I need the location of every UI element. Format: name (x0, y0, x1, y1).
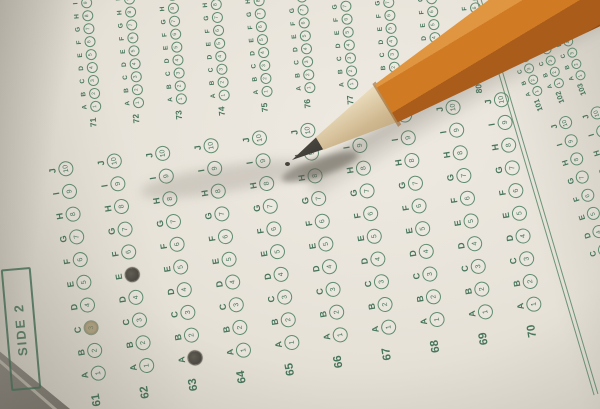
answer-bubble: 4 (129, 58, 141, 70)
answer-bubble: 6 (362, 205, 379, 222)
answer-letter: C (294, 59, 301, 67)
answer-bubble: 8 (569, 151, 585, 167)
answer-bubble: 7 (169, 15, 181, 27)
answer-bubble: 6 (580, 187, 596, 203)
answer-bubble: 4 (79, 296, 96, 313)
answer-bubble: 8 (500, 137, 517, 154)
answer-letter: A (129, 362, 139, 372)
answer-letter: B (415, 294, 425, 304)
answer-bubble: 1 (235, 342, 252, 359)
question-number: 102 (555, 90, 566, 104)
answer-letter: I (73, 0, 80, 7)
answer-letter: G (301, 195, 311, 205)
answer-bubble: 3 (302, 56, 314, 68)
answer-bubble: 4 (369, 250, 386, 267)
answer-letter: A (296, 85, 303, 93)
answer-bubble: 1 (133, 97, 145, 109)
answer-letter: B (464, 286, 474, 296)
answer-bubble: 8 (113, 198, 130, 215)
answer-letter: E (163, 44, 170, 52)
answer-bubble: 3 (276, 288, 293, 305)
answer-band-right-lower: J10I9H8G7F6E5D4C3J10I9H8G7F6E5D4C3J10I9H… (548, 92, 600, 263)
answer-bubble: 8 (253, 0, 265, 7)
answer-letter: E (308, 241, 318, 251)
answer-letter: D (69, 302, 79, 312)
answer-letter: H (117, 9, 124, 17)
question-number: 101 (533, 98, 544, 112)
answer-letter: C (412, 271, 422, 281)
answer-letter: C (315, 286, 325, 296)
answer-letter: G (494, 165, 504, 175)
answer-bubble: 3 (344, 52, 356, 64)
answer-bubble: 1 (477, 303, 494, 320)
answer-letter: D (263, 271, 273, 281)
answer-bubble: 4 (258, 47, 270, 59)
answer-cell: A1 (82, 99, 102, 114)
answer-letter: F (291, 20, 298, 28)
answer-bubble: 6 (384, 9, 396, 21)
answer-bubble: 7 (358, 182, 375, 199)
side-2-label: SIDE 2 (11, 302, 31, 356)
answer-bubble: 6 (410, 197, 427, 214)
answer-bubble: 5 (511, 205, 528, 222)
answer-letter: F (334, 16, 341, 24)
answer-letter: A (419, 316, 429, 326)
answer-letter: E (292, 33, 299, 41)
question-number: 65 (284, 362, 297, 376)
answer-bubble: 10 (154, 145, 171, 162)
answer-letter: F (205, 28, 212, 36)
answer-bubble: 5 (462, 212, 479, 229)
answer-bubble: 3 (259, 60, 271, 72)
answer-letter: E (356, 233, 366, 243)
answer-bubble: 3 (470, 258, 487, 275)
answer-letter: H (288, 0, 295, 2)
answer-bubble: 2 (217, 76, 229, 88)
answer-letter: D (215, 279, 225, 289)
answer-letter: F (159, 241, 169, 251)
answer-cell: A1 (79, 361, 107, 388)
answer-bubble: 2 (522, 273, 539, 290)
answer-letter: A (254, 89, 261, 97)
answer-bubble: 1 (138, 357, 155, 374)
answer-bubble: 7 (83, 23, 95, 35)
answer-letter: G (59, 234, 69, 244)
answer-letter: B (173, 332, 183, 342)
question-column-74: J10I9H8G7F6E5D4C3B2A174 (200, 0, 231, 116)
answer-letter: D (336, 42, 343, 50)
answer-bubble: 5 (414, 220, 431, 237)
answer-bubble: 5 (171, 41, 183, 53)
answer-bubble: 5 (220, 251, 237, 268)
answer-bubble: 1 (90, 365, 107, 382)
answer-letter: D (164, 57, 171, 65)
answer-bubble: 5 (269, 243, 286, 260)
answer-letter: E (249, 37, 256, 45)
answer-letter: E (259, 249, 269, 259)
answer-letter: F (207, 233, 217, 243)
answer-letter: D (118, 294, 128, 304)
answer-cell: A1 (370, 315, 398, 342)
question-column-75: J10I9H8G7F6E5D4C3B2A175 (243, 0, 274, 113)
answer-bubble: 4 (224, 273, 241, 290)
answer-bubble: 2 (174, 80, 186, 92)
answer-bubble: 9 (109, 175, 126, 192)
answer-letter: H (592, 148, 600, 158)
answer-letter: H (246, 0, 253, 5)
answer-letter: A (168, 96, 175, 104)
question-column-71: J10I9H8G7F6E5D4C3B2A171 (71, 0, 102, 127)
answer-bubble: 7 (574, 169, 590, 185)
answer-letter: C (337, 55, 344, 63)
answer-bubble: 3 (87, 75, 99, 87)
answer-bubble: 2 (134, 334, 151, 351)
answer-letter: J (145, 150, 155, 160)
answer-letter: C (121, 317, 131, 327)
answer-letter: E (206, 40, 213, 48)
question-number: 62 (139, 385, 152, 399)
answer-letter: A (516, 301, 526, 311)
answer-letter: F (162, 31, 169, 39)
answer-bubble: 4 (343, 39, 355, 51)
answer-bubble: 8 (167, 2, 179, 14)
answer-letter: D (293, 46, 300, 54)
answer-bubble: 6 (169, 236, 186, 253)
pencil-point-mark (285, 162, 290, 166)
answer-bubble: 3 (179, 304, 196, 321)
answer-bubble: 8 (125, 6, 137, 18)
answer-letter: A (211, 92, 218, 100)
answer-bubble: 2 (473, 281, 490, 298)
answer-letter: F (77, 39, 84, 47)
answer-bubble: 6 (507, 182, 524, 199)
answer-cell: A1 (273, 330, 301, 357)
answer-bubble: 6 (255, 21, 267, 33)
answer-letter: H (160, 5, 167, 13)
answer-bubble: 6 (427, 6, 439, 18)
answer-letter: B (367, 301, 377, 311)
answer-letter: C (73, 325, 83, 335)
answer-letter: J (48, 166, 58, 176)
answer-bubble: 7 (340, 0, 352, 12)
answer-letter: B (252, 76, 259, 84)
answer-letter: H (491, 142, 501, 152)
answer-letter: E (114, 272, 124, 282)
answer-bubble: 3 (228, 296, 245, 313)
answer-bubble: 7 (211, 11, 223, 23)
answer-cell: A1 (515, 292, 543, 319)
answer-letter: D (408, 248, 418, 258)
answer-letter: G (397, 180, 407, 190)
answer-bubble: 4 (127, 289, 144, 306)
answer-bubble: 4 (321, 258, 338, 275)
answer-letter: A (177, 355, 187, 365)
answer-letter: G (349, 188, 359, 198)
answer-bubble: 1 (261, 85, 273, 97)
answer-bubble: 1 (332, 326, 349, 343)
answer-letter: H (55, 211, 65, 221)
answer-letter: H (442, 150, 452, 160)
answer-letter: F (353, 210, 363, 220)
answer-letter: A (322, 332, 332, 342)
answer-bubble: 5 (172, 258, 189, 275)
answer-bubble: 5 (317, 235, 334, 252)
answer-letter: E (378, 25, 385, 33)
answer-letter: D (250, 50, 257, 58)
answer-letter: F (62, 256, 72, 266)
question-number: 71 (88, 117, 97, 127)
answer-letter: B (319, 309, 329, 319)
answer-letter: F (419, 9, 426, 17)
answer-letter: G (204, 15, 211, 23)
answer-letter: F (304, 218, 314, 228)
answer-bubble: 7 (165, 213, 182, 230)
answer-bubble: 5 (366, 228, 383, 245)
answer-bubble: 1 (175, 93, 187, 105)
answer-letter: G (252, 203, 262, 213)
answer-bubble: 2 (86, 342, 103, 359)
answer-letter: B (124, 87, 131, 95)
answer-letter: D (505, 233, 515, 243)
answer-bubble: 5 (214, 37, 226, 49)
answer-bubble: 8 (452, 144, 469, 161)
question-number: 74 (217, 106, 226, 116)
answer-letter: F (248, 24, 255, 32)
answer-letter: F (111, 249, 121, 259)
answer-letter: C (80, 78, 87, 86)
answer-bubble: 2 (131, 84, 143, 96)
answer-bubble: 3 (131, 311, 148, 328)
answer-letter: D (79, 65, 86, 73)
answer-bubble: 1 (525, 296, 542, 313)
answer-letter: D (122, 61, 129, 69)
answer-letter: E (335, 29, 342, 37)
answer-bubble: 7 (126, 19, 138, 31)
answer-bubble: 9 (61, 183, 78, 200)
answer-bubble: 2 (328, 304, 345, 321)
answer-bubble: 4 (301, 43, 313, 55)
answer-bubble: 4 (514, 227, 531, 244)
question-number: 72 (131, 114, 140, 124)
answer-letter: A (225, 347, 235, 357)
answer-letter: D (311, 264, 321, 274)
answer-letter: G (155, 218, 165, 228)
answer-bubble: 9 (563, 133, 579, 149)
answer-letter: G (290, 7, 297, 15)
answer-letter: B (222, 324, 232, 334)
answer-bubble: 7 (262, 198, 279, 215)
answer-bubble: 5 (342, 26, 354, 38)
answer-bubble: 8 (65, 206, 82, 223)
answer-letter: H (203, 2, 210, 10)
answer-letter: B (512, 278, 522, 288)
answer-bubble: 9 (81, 0, 93, 9)
answer-letter: A (82, 104, 89, 112)
answer-bubble: 7 (117, 221, 134, 238)
answer-bubble: 4 (272, 266, 289, 283)
answer-bubble: 7 (455, 167, 472, 184)
question-number: 64 (236, 370, 249, 384)
answer-bubble: 2 (260, 72, 272, 84)
answer-bubble: 1 (380, 319, 397, 336)
answer-letter: G (75, 26, 82, 34)
answer-bubble: 7 (297, 4, 309, 16)
answer-letter: E (501, 210, 511, 220)
answer-bubble: 6 (72, 251, 89, 268)
answer-letter: I (100, 181, 110, 191)
answer-letter: A (371, 324, 381, 334)
answer-cell: A1 (176, 345, 204, 372)
answer-bubble: 7 (213, 205, 230, 222)
answer-bubble: 10 (251, 129, 268, 146)
answer-letter: G (204, 211, 214, 221)
answer-bubble: 6 (120, 243, 137, 260)
answer-letter: G (332, 3, 339, 11)
answer-letter: A (467, 309, 477, 319)
answer-letter: I (487, 119, 497, 129)
answer-letter: G (247, 11, 254, 19)
answer-letter: G (446, 172, 456, 182)
answer-bubble: 5 (299, 30, 311, 42)
answer-letter: I (116, 0, 123, 4)
answer-letter: F (119, 35, 126, 43)
answer-letter: C (251, 63, 258, 71)
answer-letter: J (241, 135, 251, 145)
answer-letter: G (161, 18, 168, 26)
answer-bubble: 10 (203, 137, 220, 154)
answer-bubble: 2 (303, 69, 315, 81)
answer-letter: D (207, 53, 214, 61)
answer-letter: F (449, 195, 459, 205)
answer-bubble: 1 (90, 100, 102, 112)
answer-letter: G (118, 22, 125, 30)
answer-bubble: 4 (215, 50, 227, 62)
question-number: 61 (91, 393, 104, 407)
answer-letter: C (509, 256, 519, 266)
answer-bubble: 1 (283, 334, 300, 351)
answer-letter: C (123, 74, 130, 82)
answer-letter: J (193, 143, 203, 153)
answer-bubble: 2 (183, 327, 200, 344)
answer-letter: A (125, 100, 132, 108)
answer-bubble: 2 (89, 87, 101, 99)
question-number: 63 (188, 377, 201, 391)
answer-letter: A (274, 339, 284, 349)
answer-bubble: 2 (280, 311, 297, 328)
answer-letter: I (52, 188, 62, 198)
answer-cell: A1 (125, 96, 145, 111)
question-column-73: J10I9H8G7F6E5D4C3B2A173 (157, 0, 188, 120)
answer-bubble: 10 (557, 114, 573, 130)
answer-bubble: 8 (82, 10, 94, 22)
question-number: 103 (576, 82, 587, 96)
answer-letter: C (208, 66, 215, 74)
answer-letter: C (460, 263, 470, 273)
answer-letter: F (256, 226, 266, 236)
answer-bubble: 3 (130, 71, 142, 83)
answer-bubble: 8 (403, 152, 420, 169)
question-number: 75 (260, 102, 269, 112)
answer-letter: C (363, 279, 373, 289)
answer-letter: D (360, 256, 370, 266)
answer-bubble: 5 (385, 22, 397, 34)
answer-letter: F (498, 187, 508, 197)
answer-letter: B (210, 79, 217, 87)
answer-letter: B (167, 83, 174, 91)
answer-letter: B (270, 317, 280, 327)
answer-bubble: 4 (172, 54, 184, 66)
answer-letter: J (96, 158, 106, 168)
answer-cell: A1 (167, 92, 187, 107)
answer-letter: E (163, 264, 173, 274)
answer-bubble: 6 (265, 220, 282, 237)
answer-letter: D (379, 38, 386, 46)
question-number: 68 (430, 339, 443, 353)
answer-bubble: 3 (373, 273, 390, 290)
answer-letter: E (405, 226, 415, 236)
answer-bubble: 7 (407, 175, 424, 192)
answer-letter: E (78, 52, 85, 60)
answer-bubble: 7 (68, 228, 85, 245)
answer-bubble: 6 (314, 213, 331, 230)
question-number: 66 (333, 354, 346, 368)
answer-bubble: 10 (106, 152, 123, 169)
answer-letter: E (211, 256, 221, 266)
question-column-76: J10I9H8G7F6E5D4C3B2A176 (286, 0, 317, 109)
answer-letter: F (376, 13, 383, 21)
answer-bubble: 4 (176, 281, 193, 298)
answer-cell: A1 (210, 88, 230, 103)
answer-bubble: 5 (128, 45, 140, 57)
question-column-72: J10I9H8G7F6E5D4C3B2A172 (114, 0, 145, 124)
answer-letter: B (295, 72, 302, 80)
answer-bubble: 6 (217, 228, 234, 245)
answer-letter: B (77, 347, 87, 357)
answer-letter: C (166, 70, 173, 78)
question-number: 73 (174, 110, 183, 120)
answer-letter: G (418, 0, 425, 3)
answer-bubble: 3 (421, 265, 438, 282)
answer-bubble: 6 (213, 24, 225, 36)
answer-letter: A (80, 370, 90, 380)
answer-bubble: 7 (254, 8, 266, 20)
answer-letter: C (170, 309, 180, 319)
answer-bubble: 6 (170, 28, 182, 40)
answer-bubble-filled: 5 (124, 266, 141, 283)
answer-cell: A1 (466, 299, 494, 326)
answer-bubble: 10 (57, 160, 74, 177)
answer-bubble: 4 (466, 235, 483, 252)
question-number: 70 (526, 324, 539, 338)
answer-letter: D (457, 241, 467, 251)
answer-letter: G (107, 226, 117, 236)
answer-bubble-filled: 1 (186, 349, 203, 366)
answer-letter: H (74, 13, 81, 21)
answer-bubble: 5 (257, 34, 269, 46)
answer-bubble: 7 (504, 159, 521, 176)
answer-bubble: 3 (216, 63, 228, 75)
answer-letter: E (66, 279, 76, 289)
question-number: 69 (478, 331, 491, 345)
answer-bubble: 5 (75, 274, 92, 291)
answer-letter: F (401, 203, 411, 213)
answer-bubble: 2 (425, 288, 442, 305)
answer-bubble: 2 (231, 319, 248, 336)
answer-letter: C (218, 302, 228, 312)
answer-bubble: 3 (324, 281, 341, 298)
answer-bubble: 6 (341, 13, 353, 25)
answer-cell: A1 (253, 84, 273, 99)
